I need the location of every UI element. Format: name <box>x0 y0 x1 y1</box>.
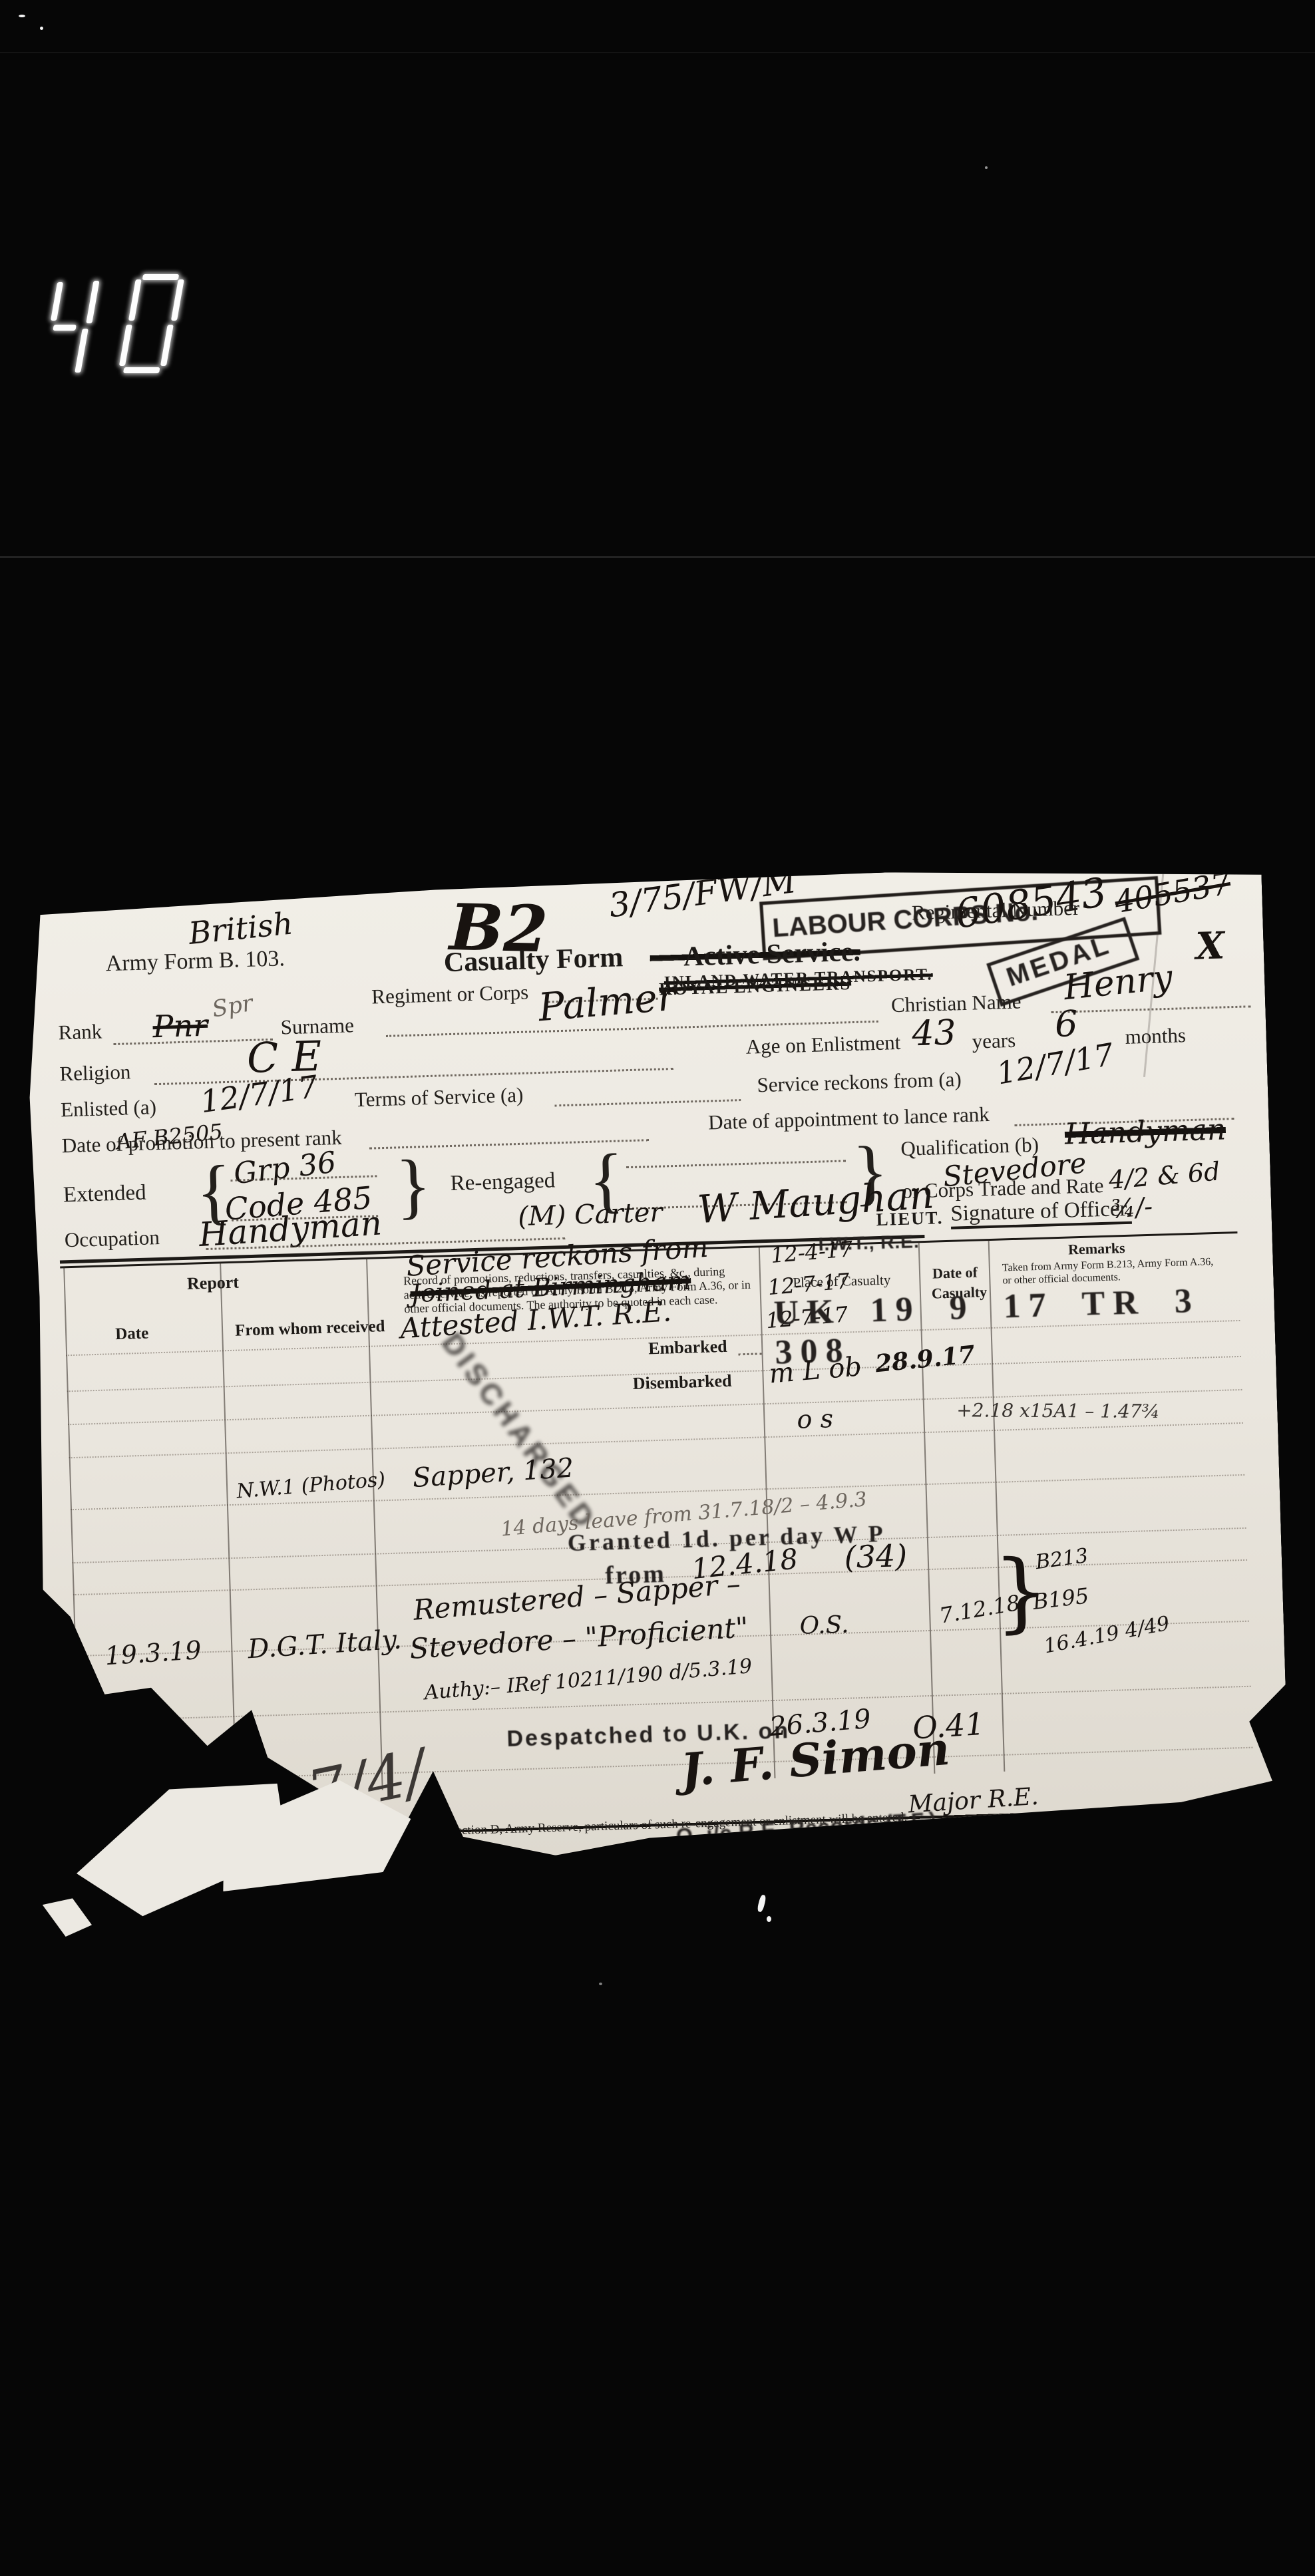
extended-label: Extended <box>63 1181 146 1208</box>
table-row-line <box>77 1686 1250 1722</box>
from-whom-received-header: From whom received <box>235 1317 385 1341</box>
enlisted-value: 12/7/17 <box>198 1068 320 1120</box>
form-title: Casualty Form <box>443 941 624 979</box>
form-number: Army Form B. 103. <box>105 946 285 977</box>
x-mark: X <box>1195 923 1225 968</box>
film-speck <box>19 15 25 17</box>
officer-rank: LIEUT. <box>876 1207 944 1230</box>
casualty-form-document: British Army Form B. 103. B2 3/75/FW/M L… <box>23 862 1290 1871</box>
officer-signature-label: Signature of Officer. <box>950 1197 1132 1229</box>
months-label: months <box>1125 1023 1186 1049</box>
row2-remarks-3: 16.4.19 4/49 <box>1042 1612 1172 1659</box>
table-row-line <box>69 1422 1243 1458</box>
remarks-scribble: +2.18 x15A1 – 1.47¾ <box>956 1399 1160 1422</box>
remarks-header: Remarks <box>1068 1239 1125 1259</box>
frame-digit-0 <box>118 274 192 374</box>
diagonal-stamp: DISCHARGED <box>435 1327 603 1537</box>
terms-of-service-label: Terms of Service (a) <box>354 1083 523 1112</box>
table-row-line <box>79 1747 1252 1783</box>
film-speck <box>40 27 43 30</box>
film-speck <box>757 1894 767 1912</box>
age-label: Age on Enlistment <box>745 1031 900 1059</box>
granted-ref: (34) <box>844 1537 908 1575</box>
extended-brace-close: } <box>395 1143 433 1229</box>
regiment-label: Regiment or Corps <box>371 980 529 1009</box>
remarks-flourish: 𝔝 <box>1168 1542 1179 1576</box>
dotted-leader <box>554 1099 741 1106</box>
disembarked-value-2: o s <box>797 1404 834 1434</box>
trade-rate-value: 4/2 & 6d ¾/- <box>1107 1152 1272 1224</box>
christian-name-label: Christian Name <box>891 989 1022 1017</box>
table-vline <box>366 1258 383 1790</box>
regimental-number-value: 405537 <box>1112 865 1233 920</box>
date-of-casualty-header-1: Date of <box>932 1264 978 1283</box>
service-reckons-label: Service reckons from (a) <box>757 1067 962 1097</box>
table-vline <box>220 1262 237 1794</box>
film-scratch-line <box>0 52 1315 53</box>
disembarked-label: Disembarked <box>632 1371 732 1394</box>
occupation-extra: (M) Carter <box>518 1198 663 1232</box>
religion-label: Religion <box>59 1060 131 1086</box>
reengaged-label: Re-engaged <box>450 1168 556 1196</box>
table-vline <box>63 1267 81 1799</box>
frame-digit-4 <box>39 278 114 378</box>
age-years-value: 43 <box>911 1013 956 1054</box>
embarked-label: Embarked <box>648 1337 727 1359</box>
regimental-number-label: Regimental Number <box>911 896 1079 925</box>
row2-place: O.S. <box>799 1611 849 1640</box>
pto-mark: [P.T.O. <box>1141 1816 1189 1835</box>
frame-counter <box>48 274 221 387</box>
film-scratch-line <box>0 556 1315 558</box>
dotted-leader <box>739 1353 762 1355</box>
qualification-struck-value: Handyman <box>1064 1112 1226 1151</box>
rank-label: Rank <box>58 1019 102 1045</box>
film-speck <box>985 166 988 169</box>
row2-date: 19.3.19 <box>104 1635 202 1671</box>
row2-record-line3: Authy:– IRef 10211/190 d/5.3.19 <box>423 1655 753 1704</box>
age-months-value: 6 <box>1054 1003 1078 1045</box>
years-label: years <box>972 1029 1016 1054</box>
nationality-note: British <box>187 905 295 951</box>
printer-imprint: Ltd. Forms B.103/4 P./334. <box>769 1839 885 1854</box>
microfilm-scan: British Army Form B. 103. B2 3/75/FW/M L… <box>0 0 1315 2576</box>
report-header: Report <box>187 1273 240 1294</box>
rank-pencil-correction: Spr <box>210 990 255 1023</box>
rank-value: Pnr <box>152 1007 208 1045</box>
film-speck <box>599 1983 602 1985</box>
dotted-leader <box>626 1160 846 1168</box>
occupation-label: Occupation <box>64 1225 160 1252</box>
lance-rank-label: Date of appointment to lance rank <box>708 1102 990 1135</box>
date-column-header: Date <box>115 1325 149 1344</box>
film-speck <box>767 1916 771 1922</box>
torn-paper-scrap <box>35 1890 98 1943</box>
enlisted-label: Enlisted (a) <box>61 1095 157 1122</box>
row1-from-whom: N.W.1 (Photos) <box>236 1468 386 1503</box>
surname-value: Palmer <box>536 974 677 1031</box>
